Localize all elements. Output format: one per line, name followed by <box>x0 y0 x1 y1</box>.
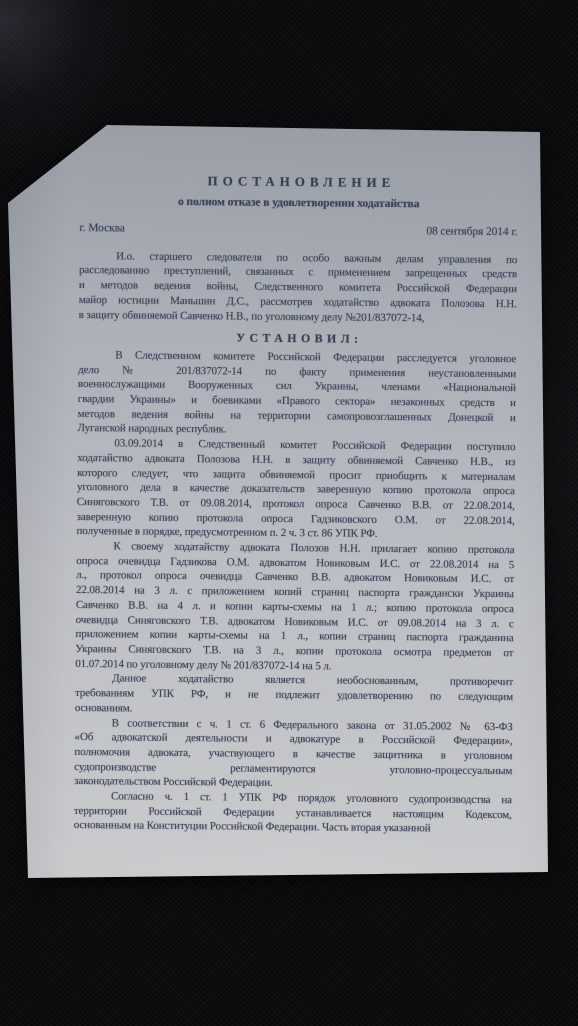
meta-row: г. Москва 08 сентября 2014 г. <box>79 221 517 240</box>
place-label: г. Москва <box>79 221 124 236</box>
photo-background: ПОСТАНОВЛЕНИЕ о полном отказе в удовлетв… <box>0 0 578 1026</box>
document-title: ПОСТАНОВЛЕНИЕ <box>80 172 518 192</box>
date-label: 08 сентября 2014 г. <box>426 224 517 240</box>
ruling-heading: УСТАНОВИЛ: <box>78 329 516 348</box>
document-subtitle: о полном отказе в удовлетворении ходатай… <box>80 194 518 212</box>
document-content: ПОСТАНОВЛЕНИЕ о полном отказе в удовлетв… <box>74 172 518 837</box>
document-body: И.о. старшего следователя по особо важны… <box>74 249 518 838</box>
